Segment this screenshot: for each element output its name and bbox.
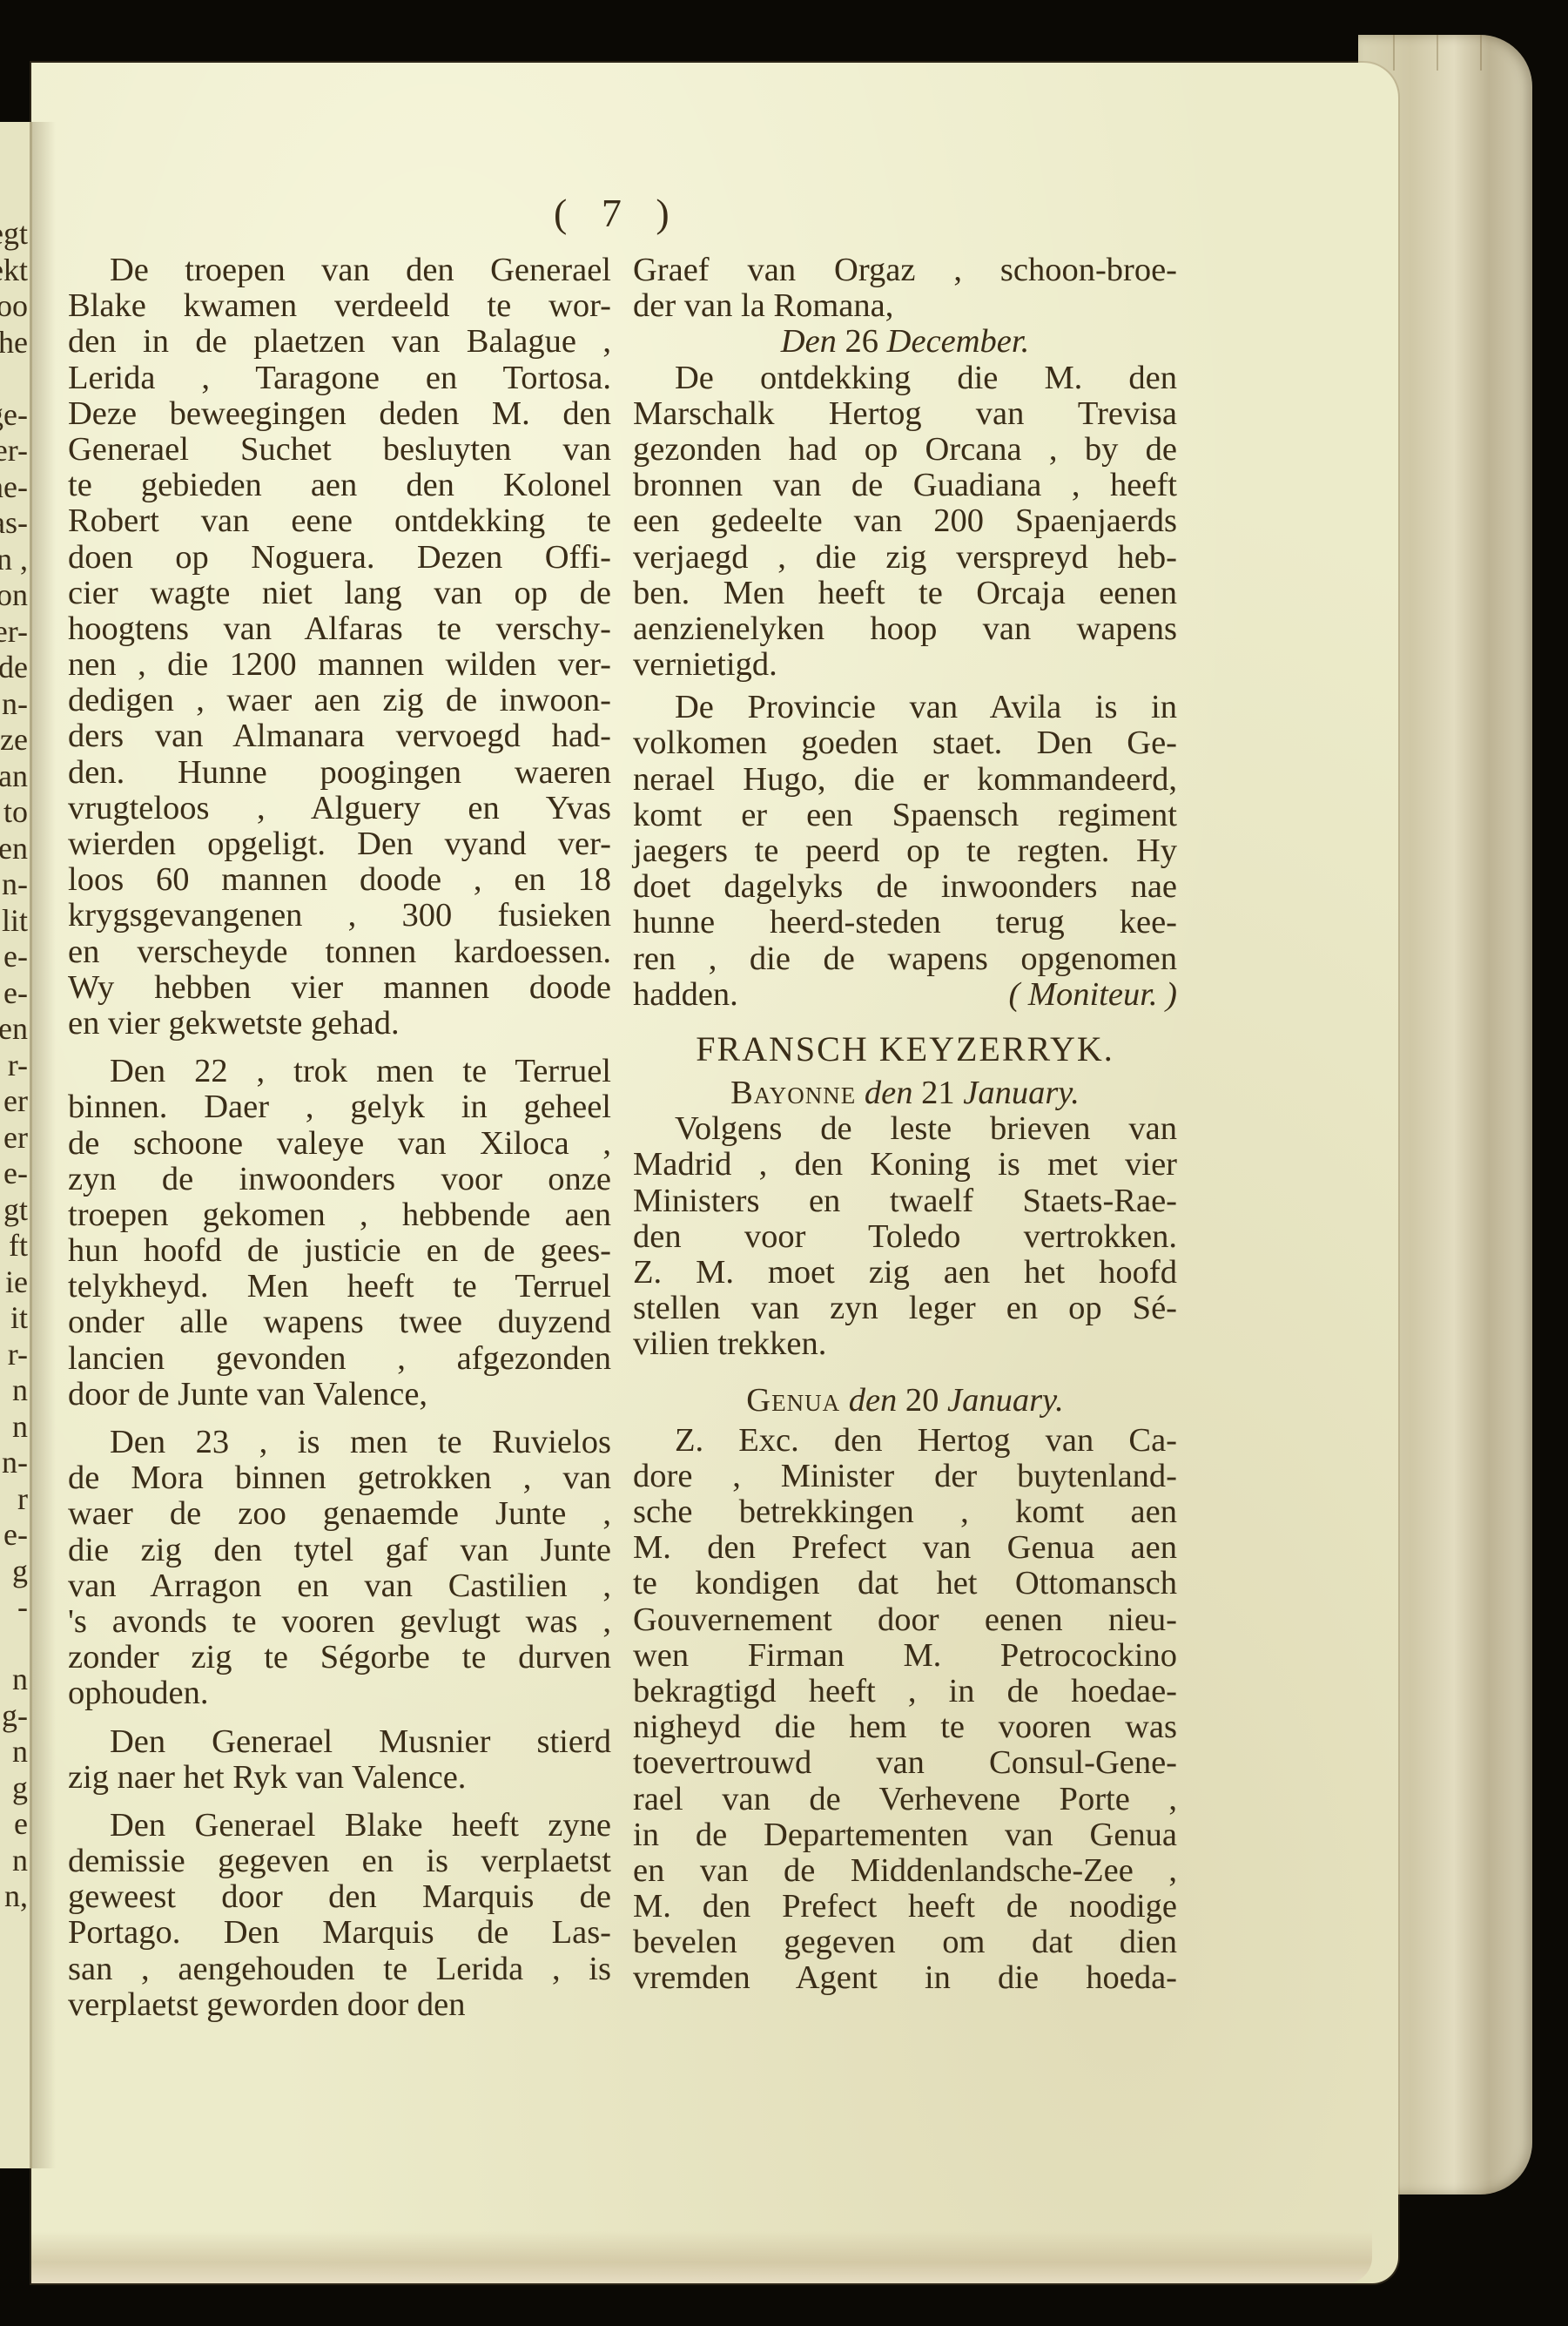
gutter-shadow (30, 122, 56, 2168)
margin-fragment: e- (3, 1519, 28, 1550)
text-line: bronnen van de Guadiana , heeft (633, 468, 1177, 503)
text-line: De Provincie van Avila is in (633, 690, 1177, 725)
margin-fragment: ge- (0, 399, 28, 430)
margin-fragment: oo (0, 290, 28, 321)
text-line: ophouden. (68, 1675, 611, 1711)
text-line: onder alle wapens twee duyzend (68, 1305, 611, 1340)
text-line: Gouvernement door eenen nieu- (633, 1602, 1177, 1638)
margin-fragment: gt (3, 1194, 28, 1225)
text-line: Z. M. moet zig aen het hoofd (633, 1255, 1177, 1291)
margin-fragment: g (12, 1555, 28, 1587)
text-line: san , aengehouden te Lerida , is (68, 1952, 611, 1987)
text-line: toevertrouwd van Consul-Gene- (633, 1745, 1177, 1781)
margin-fragment: en (0, 833, 28, 864)
dateline-month: January. (963, 1075, 1080, 1111)
paragraph-avila: De Provincie van Avila is involkomen goe… (633, 690, 1177, 977)
text-line: waer de zoo genaemde Junte , (68, 1496, 611, 1532)
text-line: Graef van Orgaz , schoon-broe- (633, 253, 1177, 288)
text-line: geweest door den Marquis de (68, 1879, 611, 1915)
paragraph-p3: Den 23 , is men te Ruvielosde Mora binne… (68, 1425, 611, 1712)
text-line: zig naer het Ryk van Valence. (68, 1760, 611, 1796)
text-line: loos 60 mannen doode , en 18 (68, 862, 611, 898)
dateline-december: Den 26 December. (633, 324, 1177, 360)
dateline-month: December. (887, 323, 1030, 360)
text-line: Den Generael Musnier stierd (68, 1724, 611, 1760)
dateline-prefix: den (865, 1075, 913, 1111)
continuation-text: Graef van Orgaz , schoon-broe-der van la… (633, 253, 1177, 324)
text-line: Wy hebben vier mannen doode (68, 970, 611, 1006)
text-line: doen op Noguera. Dezen Offi- (68, 540, 611, 576)
text-line: wen Firman M. Petrocockino (633, 1638, 1177, 1674)
margin-fragment: to (3, 796, 28, 827)
section-title: FRANSCH KEYZERRYK. (633, 1027, 1177, 1072)
text-line: den. Hunne poogingen waeren (68, 755, 611, 791)
text-line: van Arragon en van Castilien , (68, 1568, 611, 1604)
margin-fragment: r (17, 1483, 28, 1514)
text-line: rael van de Verhevene Porte , (633, 1782, 1177, 1817)
text-line: volkomen goeden staet. Den Ge- (633, 725, 1177, 761)
text-line: te kondigen dat het Ottomansch (633, 1566, 1177, 1601)
text-line: door de Junte van Valence, (68, 1377, 611, 1412)
dateline-bayonne: Bayonne den 21 January. (633, 1075, 1177, 1111)
margin-fragment: ft (9, 1230, 28, 1261)
paragraph-genua: Z. Exc. den Hertog van Ca-dore , Ministe… (633, 1423, 1177, 1997)
page-stain (31, 2231, 1372, 2283)
paragraph-madrid: Volgens de leste brieven vanMadrid , den… (633, 1111, 1177, 1362)
paragraph-p5: Den Generael Blake heeft zynedemissie ge… (68, 1808, 611, 2023)
text-line: Marschalk Hertog van Trevisa (633, 396, 1177, 432)
text-line: wierden opgeligt. Den vyand ver- (68, 826, 611, 862)
margin-fragment: n (12, 1736, 28, 1767)
text-line: de Mora binnen getrokken , van (68, 1460, 611, 1496)
margin-fragment: n- (2, 688, 28, 719)
margin-fragment: g- (2, 1700, 28, 1731)
text-line: vernietigd. (633, 647, 1177, 683)
text-line: bevelen gegeven om dat dien (633, 1925, 1177, 1960)
margin-fragment: n (12, 1844, 28, 1876)
text-line: der van la Romana, (633, 288, 1177, 324)
text-line: Blake kwamen verdeeld te wor- (68, 288, 611, 324)
text-line: dedigen , waer aen zig de inwoon- (68, 683, 611, 718)
margin-fragment: egt (0, 218, 28, 249)
margin-fragment: er (3, 1085, 28, 1116)
paragraph-p4: Den Generael Musnier stierdzig naer het … (68, 1724, 611, 1796)
text-line: telykheyd. Men heeft te Terruel (68, 1269, 611, 1305)
text-line: ders van Almanara vervoegd had- (68, 718, 611, 754)
margin-fragment: on (0, 579, 28, 610)
dateline-genua: Genua den 20 January. (633, 1383, 1177, 1419)
text-line: gezonden had op Orcana , by de (633, 432, 1177, 468)
page-number: ( 7 ) (554, 190, 682, 236)
text-line: Den 22 , trok men te Terruel (68, 1054, 611, 1089)
text-line: en vier gekwetste gehad. (68, 1006, 611, 1042)
text-line: nen , die 1200 mannen wilden ver- (68, 647, 611, 683)
dateline-month: January. (947, 1382, 1064, 1419)
text-line: dore , Minister der buytenland- (633, 1459, 1177, 1494)
margin-fragment: n, (4, 1880, 28, 1911)
paragraph-orcana: De ontdekking die M. denMarschalk Hertog… (633, 361, 1177, 684)
margin-fragment: n- (2, 868, 28, 900)
margin-fragment: e- (3, 977, 28, 1008)
text-line: stellen van zyn leger en op Sé- (633, 1291, 1177, 1326)
text-line: jaegers te peerd op te regten. Hy (633, 833, 1177, 869)
margin-fragment: n (12, 1663, 28, 1695)
text-line: troepen gekomen , hebbende aen (68, 1197, 611, 1233)
margin-fragment: r- (8, 1049, 28, 1081)
margin-fragment: as- (0, 507, 28, 538)
dateline-place: Bayonne (730, 1075, 856, 1111)
margin-fragment: er (3, 1122, 28, 1153)
margin-fragment: e- (3, 1157, 28, 1189)
margin-fragment: er- (0, 616, 28, 647)
text-line: vilien trekken. (633, 1326, 1177, 1362)
text-line: Den 23 , is men te Ruvielos (68, 1425, 611, 1460)
text-line: vrugteloos , Alguery en Yvas (68, 791, 611, 826)
text-line: bekragtigd heeft , in de hoedae- (633, 1674, 1177, 1709)
text-line: binnen. Daer , gelyk in geheel (68, 1089, 611, 1125)
text-line: hun hoofd de justicie en de gees- (68, 1233, 611, 1269)
text-line: hoogtens van Alfaras te verschy- (68, 611, 611, 647)
dateline-prefix: Den (781, 323, 837, 360)
dateline-place: Genua (746, 1382, 840, 1419)
text-line: 's avonds te vooren gevlugt was , (68, 1604, 611, 1640)
margin-fragment: ne- (0, 471, 28, 502)
text-line: en verscheyde tonnen kardoessen. (68, 934, 611, 970)
margin-fragment: lit (2, 905, 28, 936)
text-line: Madrid , den Koning is met vier (633, 1147, 1177, 1183)
margin-fragment: an (0, 760, 28, 792)
text-line: nerael Hugo, die er kommandeerd, (633, 762, 1177, 798)
margin-fragment: he (0, 327, 28, 358)
text-line: De troepen van den Generael (68, 253, 611, 288)
margin-fragment: n , (0, 543, 28, 575)
paragraph-avila-last-line: hadden. ( Moniteur. ) (633, 977, 1177, 1013)
text-line: de schoone valeye van Xiloca , (68, 1126, 611, 1162)
text-line: komt er een Spaensch regiment (633, 798, 1177, 833)
margin-fragment: n (12, 1374, 28, 1406)
margin-fragment: de (0, 651, 28, 683)
text-line: zonder zig te Ségorbe te durven (68, 1640, 611, 1675)
text-line: Portago. Den Marquis de Las- (68, 1915, 611, 1951)
right-column: Graef van Orgaz , schoon-broe-der van la… (633, 253, 1177, 1997)
text-line: Z. Exc. den Hertog van Ca- (633, 1423, 1177, 1459)
text-line: De ontdekking die M. den (633, 361, 1177, 396)
text-line: M. den Prefect heeft de noodige (633, 1889, 1177, 1925)
paragraph-p2: Den 22 , trok men te Terruelbinnen. Daer… (68, 1054, 611, 1412)
text-line: zyn de inwoonders voor onze (68, 1162, 611, 1197)
line-text: hadden. (633, 976, 738, 1013)
margin-fragment: e (14, 1808, 28, 1839)
text-line: Deze beweegingen deden M. den (68, 396, 611, 432)
margin-fragment: n (12, 1411, 28, 1442)
text-line: Lerida , Taragone en Tortosa. (68, 361, 611, 396)
margin-fragment: ze (0, 724, 28, 755)
text-line: sche betrekkingen , komt aen (633, 1494, 1177, 1530)
text-line: Generael Suchet besluyten van (68, 432, 611, 468)
text-line: cier wagte niet lang van op de (68, 576, 611, 611)
text-line: te gebieden aen den Kolonel (68, 468, 611, 503)
previous-page-margin: egtektoohege-er-ne-as-n ,oner-den-zeanto… (0, 122, 32, 2168)
text-line: hunne heerd-steden terug kee- (633, 905, 1177, 941)
margin-fragment: it (10, 1302, 28, 1333)
dateline-day: 26 (845, 323, 879, 360)
text-line: en van de Middenlandsche-Zee , (633, 1853, 1177, 1889)
text-line: Den Generael Blake heeft zyne (68, 1808, 611, 1844)
paragraph-p1: De troepen van den GeneraelBlake kwamen … (68, 253, 611, 1042)
text-line: Volgens de leste brieven van (633, 1111, 1177, 1147)
text-line: lancien gevonden , afgezonden (68, 1341, 611, 1377)
text-line: verplaetst geworden door den (68, 1987, 611, 2023)
text-line: den in de plaetzen van Balague , (68, 324, 611, 360)
text-line: ren , die de wapens opgenomen (633, 941, 1177, 977)
text-line: den voor Toledo vertrokken. (633, 1219, 1177, 1255)
margin-fragment: ekt (0, 254, 28, 286)
text-line: krygsgevangenen , 300 fusieken (68, 898, 611, 934)
margin-fragment: n- (2, 1446, 28, 1478)
text-line: een gedeelte van 200 Spaenjaerds (633, 503, 1177, 539)
dateline-day: 21 (921, 1075, 955, 1111)
text-line: vremden Agent in die hoeda- (633, 1960, 1177, 1996)
text-line: in de Departementen van Genua (633, 1817, 1177, 1853)
dateline-prefix: den (849, 1382, 898, 1419)
margin-fragment: er- (0, 435, 28, 466)
text-line: die zig den tytel gaf van Junte (68, 1533, 611, 1568)
dateline-day: 20 (905, 1382, 939, 1419)
margin-fragment: ie (5, 1266, 28, 1298)
text-line: Ministers en twaelf Staets-Rae- (633, 1183, 1177, 1219)
text-line: aenzienelyken hoop van wapens (633, 611, 1177, 647)
text-line: demissie gegeven en is verplaetst (68, 1844, 611, 1879)
left-column: De troepen van den GeneraelBlake kwamen … (68, 253, 611, 2023)
margin-fragment: en (0, 1013, 28, 1044)
text-line: nigheyd die hem te vooren was (633, 1709, 1177, 1745)
text-line: M. den Prefect van Genua aen (633, 1530, 1177, 1566)
margin-fragment: r- (8, 1338, 28, 1370)
text-line: doet dagelyks de inwoonders nae (633, 869, 1177, 905)
margin-fragment: g (12, 1772, 28, 1803)
margin-fragment: - (17, 1591, 28, 1622)
source-citation: ( Moniteur. ) (1008, 977, 1177, 1013)
text-line: Robert van eene ontdekking te (68, 503, 611, 539)
text-line: ben. Men heeft te Orcaja eenen (633, 576, 1177, 611)
margin-fragment: e- (3, 941, 28, 972)
text-line: verjaegd , die zig verspreyd heb- (633, 540, 1177, 576)
